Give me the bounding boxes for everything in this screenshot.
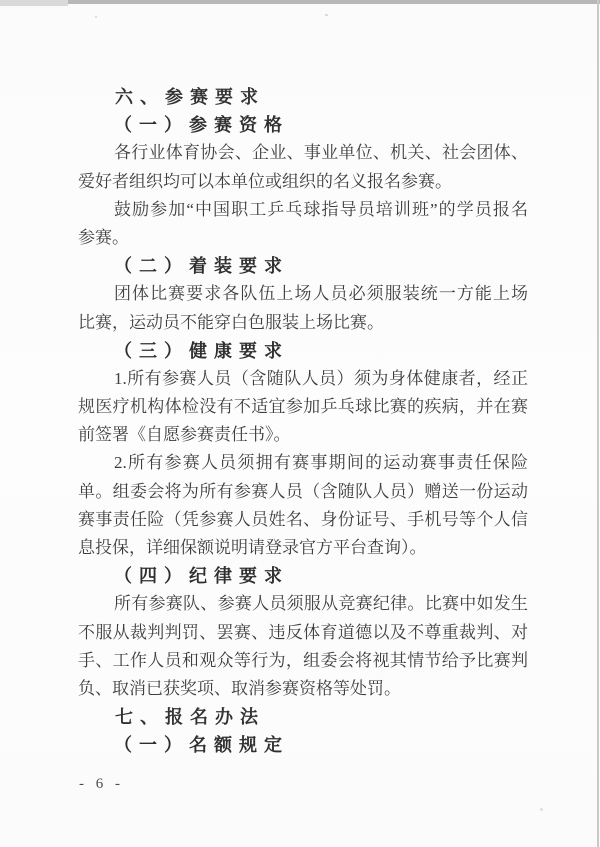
- body-text-line: 鼓励参加“中国职工乒乓球指导员培训班”的学员报名: [78, 196, 528, 224]
- body-text-line: 比赛，运动员不能穿白色服装上场比赛。: [78, 309, 528, 337]
- body-text-line: 1.所有参赛人员（含随队人员）须为身体健康者，经正: [78, 365, 528, 393]
- subheading-4-discipline-requirements: （四）纪律要求: [78, 562, 528, 590]
- body-text-line: 所有参赛队、参赛人员须服从竞赛纪律。比赛中如发生: [78, 590, 528, 618]
- scan-top-edge-light: [0, 0, 68, 6]
- body-text-line: 规医疗机构体检没有不适宜参加乒乓球比赛的疾病，并在赛: [78, 393, 528, 421]
- subheading-2-dress-requirements: （二）着装要求: [78, 252, 528, 280]
- document-content: 六、参赛要求（一）参赛资格各行业体育协会、企业、事业单位、机关、社会团体、爱好者…: [78, 83, 528, 760]
- body-text-line: 参赛。: [78, 224, 528, 252]
- body-text-line: 赛事责任险（凭参赛人员姓名、身份证号、手机号等个人信: [78, 506, 528, 534]
- scan-speck: [540, 808, 543, 811]
- body-text-line: 爱好者组织均可以本单位或组织的名义报名参赛。: [78, 168, 528, 196]
- body-text-line: 不服从裁判判罚、罢赛、违反体育道德以及不尊重裁判、对: [78, 619, 528, 647]
- subheading-3-health-requirements: （三）健康要求: [78, 337, 528, 365]
- body-text-line: 各行业体育协会、企业、事业单位、机关、社会团体、: [78, 139, 528, 167]
- subheading-1-quota-rules: （一）名额规定: [78, 731, 528, 759]
- scan-speck: [95, 16, 97, 18]
- body-text-line: 2.所有参赛人员须拥有赛事期间的运动赛事责任保险: [78, 449, 528, 477]
- body-text-line: 负、取消已获奖项、取消参赛资格等处罚。: [78, 675, 528, 703]
- body-text-line: 息投保，详细保额说明请登录官方平台查询）。: [78, 534, 528, 562]
- body-text-line: 手、工作人员和观众等行为，组委会将视其情节给予比赛判: [78, 647, 528, 675]
- scan-right-edge: [597, 0, 599, 847]
- subheading-1-eligibility: （一）参赛资格: [78, 111, 528, 139]
- scanned-document-page: 六、参赛要求（一）参赛资格各行业体育协会、企业、事业单位、机关、社会团体、爱好者…: [0, 0, 600, 847]
- page-number: - 6 -: [79, 776, 124, 793]
- scan-top-edge: [0, 0, 600, 4]
- body-text-line: 团体比赛要求各队伍上场人员必须服装统一方能上场: [78, 280, 528, 308]
- body-text-line: 单。组委会将为所有参赛人员（含随队人员）赠送一份运动: [78, 478, 528, 506]
- heading-6-participation-requirements: 六、参赛要求: [78, 83, 528, 111]
- heading-7-registration-method: 七、报名办法: [78, 703, 528, 731]
- body-text-line: 前签署《自愿参赛责任书》。: [78, 421, 528, 449]
- scan-speck: [325, 14, 328, 16]
